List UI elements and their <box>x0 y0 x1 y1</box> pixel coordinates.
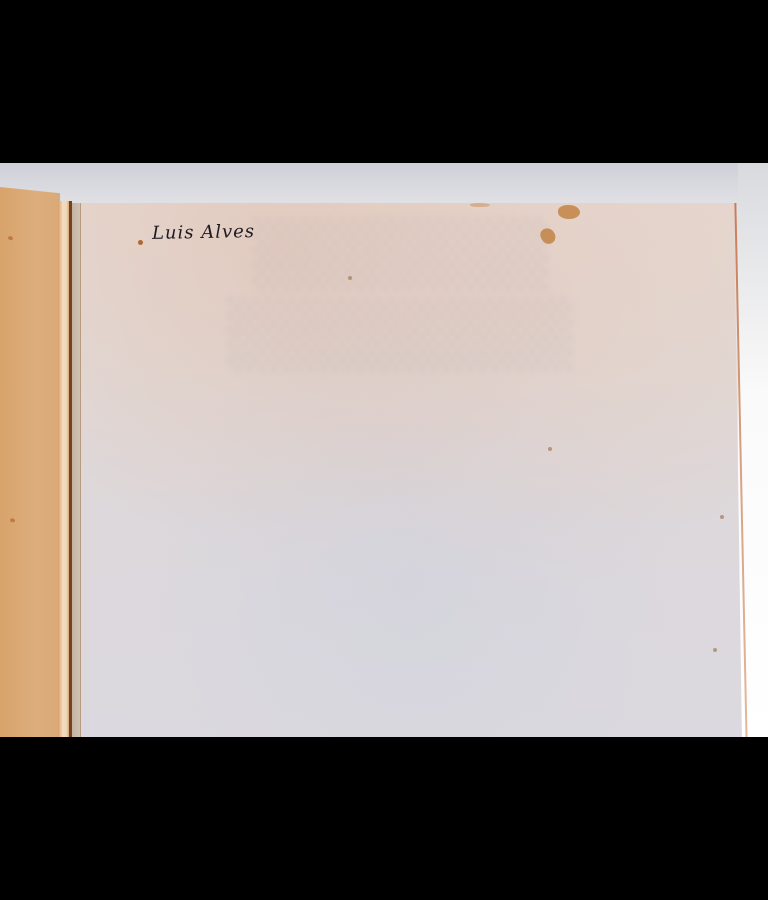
foxing-spot <box>713 648 717 652</box>
foxing-spot <box>10 518 15 523</box>
handwritten-signature: Luis Alves <box>152 221 255 244</box>
foxing-stain <box>558 205 580 219</box>
foxing-spot <box>720 515 724 519</box>
edge-stain <box>470 203 490 207</box>
foxing-spot <box>8 236 13 241</box>
ink-dot <box>138 240 143 245</box>
show-through-line: ▒▒▒▒▒▒▒ <box>150 295 650 375</box>
inside-front-cover <box>0 187 60 737</box>
background-light <box>738 163 768 737</box>
foxing-spot <box>348 276 352 280</box>
foxing-spot <box>548 447 552 451</box>
